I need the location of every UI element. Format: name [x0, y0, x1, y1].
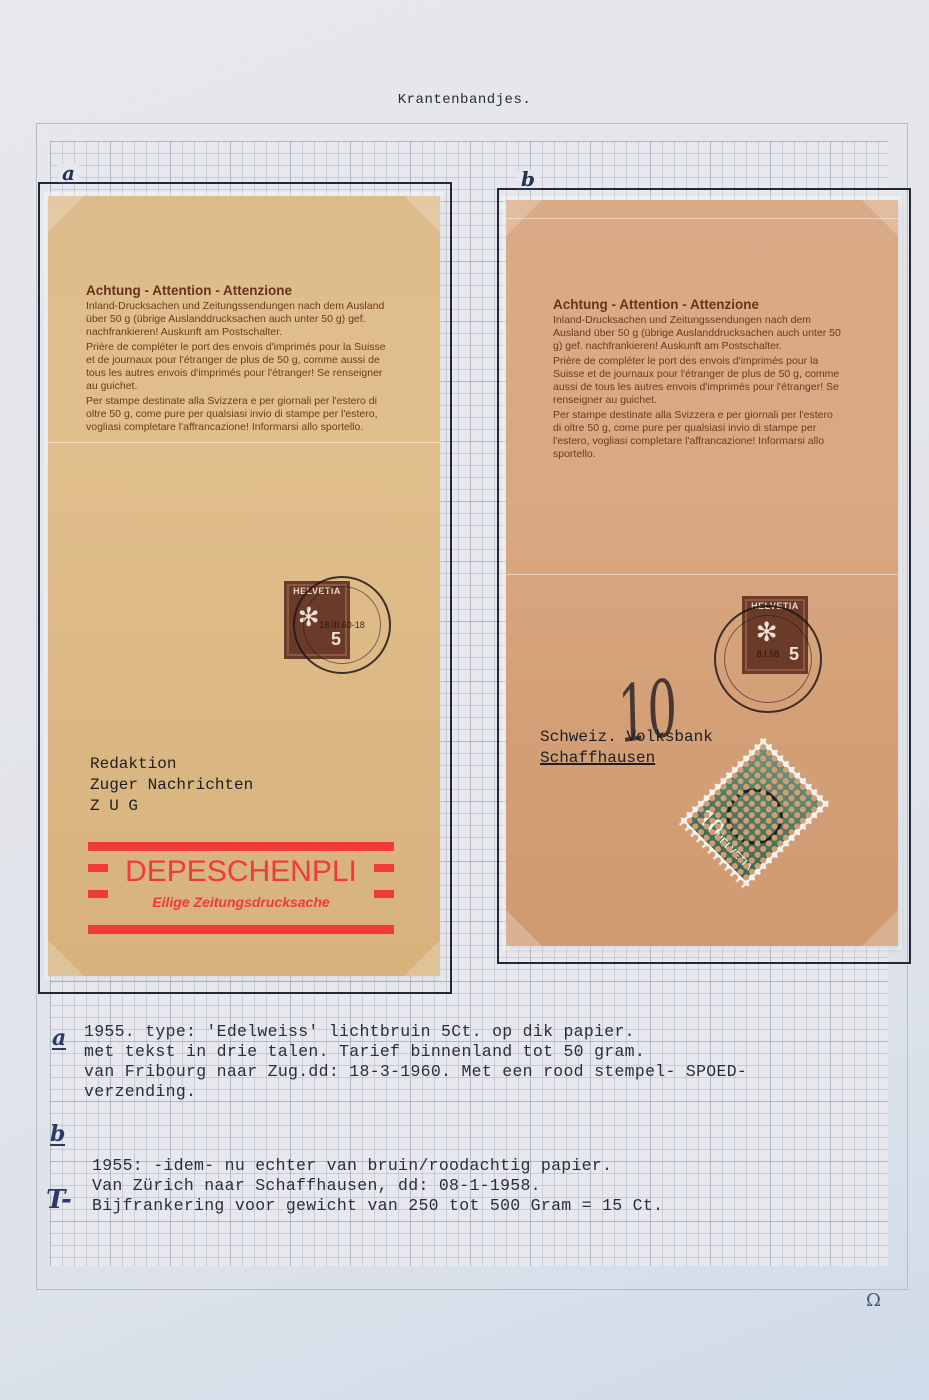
notice-italian: Per stampe destinate alla Svizzera e per… — [86, 395, 386, 434]
mount-corner-icon — [404, 196, 440, 232]
notice-german: Inland-Drucksachen und Zeitungssendungen… — [86, 300, 386, 339]
address-line: Zuger Nachrichten — [90, 775, 253, 796]
note-b-line: 1955: -idem- nu echter van bruin/roodach… — [92, 1156, 612, 1175]
postmark: 8.I.58 — [714, 605, 822, 713]
note-a-line: van Fribourg naar Zug.dd: 18-3-1960. Met… — [84, 1062, 747, 1081]
mount-corner-icon — [48, 196, 84, 232]
note-b-line: Van Zürich naar Schaffhausen, dd: 08-1-1… — [92, 1176, 541, 1195]
notice-text: Achtung - Attention - Attenzione Inland-… — [553, 298, 843, 463]
red-dash — [88, 864, 108, 872]
fold-line — [506, 218, 898, 219]
address-line: Z U G — [90, 796, 253, 817]
newspaper-wrapper-b[interactable]: Achtung - Attention - Attenzione Inland-… — [506, 200, 898, 946]
postmark-date: 8.I.58 — [716, 649, 820, 659]
notice-german: Inland-Drucksachen und Zeitungssendungen… — [553, 314, 843, 353]
address-line: Redaktion — [90, 754, 253, 775]
note-letter-b: b — [50, 1124, 65, 1146]
postmark-date: 18.III.60-18 — [295, 620, 389, 630]
red-label-sub: Eilige Zeitungsdrucksache — [116, 894, 366, 910]
notice-heading: Achtung - Attention - Attenzione — [553, 298, 843, 311]
mount-corner-icon — [48, 940, 84, 976]
notice-heading: Achtung - Attention - Attenzione — [86, 284, 386, 297]
notice-french: Prière de compléter le port des envois d… — [553, 355, 843, 407]
mount-label-b: b — [517, 170, 539, 190]
margin-mark-t: T- — [46, 1185, 72, 1215]
note-a-line: met tekst in drie talen. Tarief binnenla… — [84, 1042, 645, 1061]
note-b-line: Bijfrankering voor gewicht van 250 tot 5… — [92, 1196, 663, 1215]
mount-label-a: a — [58, 164, 79, 184]
mount-corner-icon — [862, 910, 898, 946]
postmark: 18.III.60-18 — [293, 576, 391, 674]
mount-corner-icon — [506, 910, 542, 946]
recipient-address: RedaktionZuger NachrichtenZ U G — [90, 754, 253, 817]
red-dash — [88, 890, 108, 898]
red-bar — [88, 842, 394, 851]
fold-line — [48, 442, 440, 443]
page-title: Krantenbandjes. — [0, 92, 929, 108]
newspaper-wrapper-a[interactable]: Achtung - Attention - Attenzione Inland-… — [48, 196, 440, 976]
address-line: Schaffhausen — [540, 748, 713, 769]
note-a-line: verzending. — [84, 1082, 196, 1101]
notice-italian: Per stampe destinate alla Svizzera e per… — [553, 409, 843, 461]
page-mark-icon: Ω — [866, 1290, 881, 1311]
note-letter-a: a — [52, 1028, 66, 1050]
red-label-main: DEPESCHENPLI — [116, 856, 366, 888]
recipient-address: Schweiz. VolksbankSchaffhausen — [540, 727, 713, 769]
fold-line — [506, 574, 898, 575]
notice-text: Achtung - Attention - Attenzione Inland-… — [86, 284, 386, 436]
note-a-line: 1955. type: 'Edelweiss' lichtbruin 5Ct. … — [84, 1022, 635, 1041]
address-line: Schweiz. Volksbank — [540, 727, 713, 748]
mount-corner-icon — [404, 940, 440, 976]
red-dash — [374, 890, 394, 898]
red-dash — [374, 864, 394, 872]
red-bar — [88, 925, 394, 934]
notice-french: Prière de compléter le port des envois d… — [86, 341, 386, 393]
red-express-label: DEPESCHENPLI Eilige Zeitungsdrucksache — [88, 842, 394, 934]
